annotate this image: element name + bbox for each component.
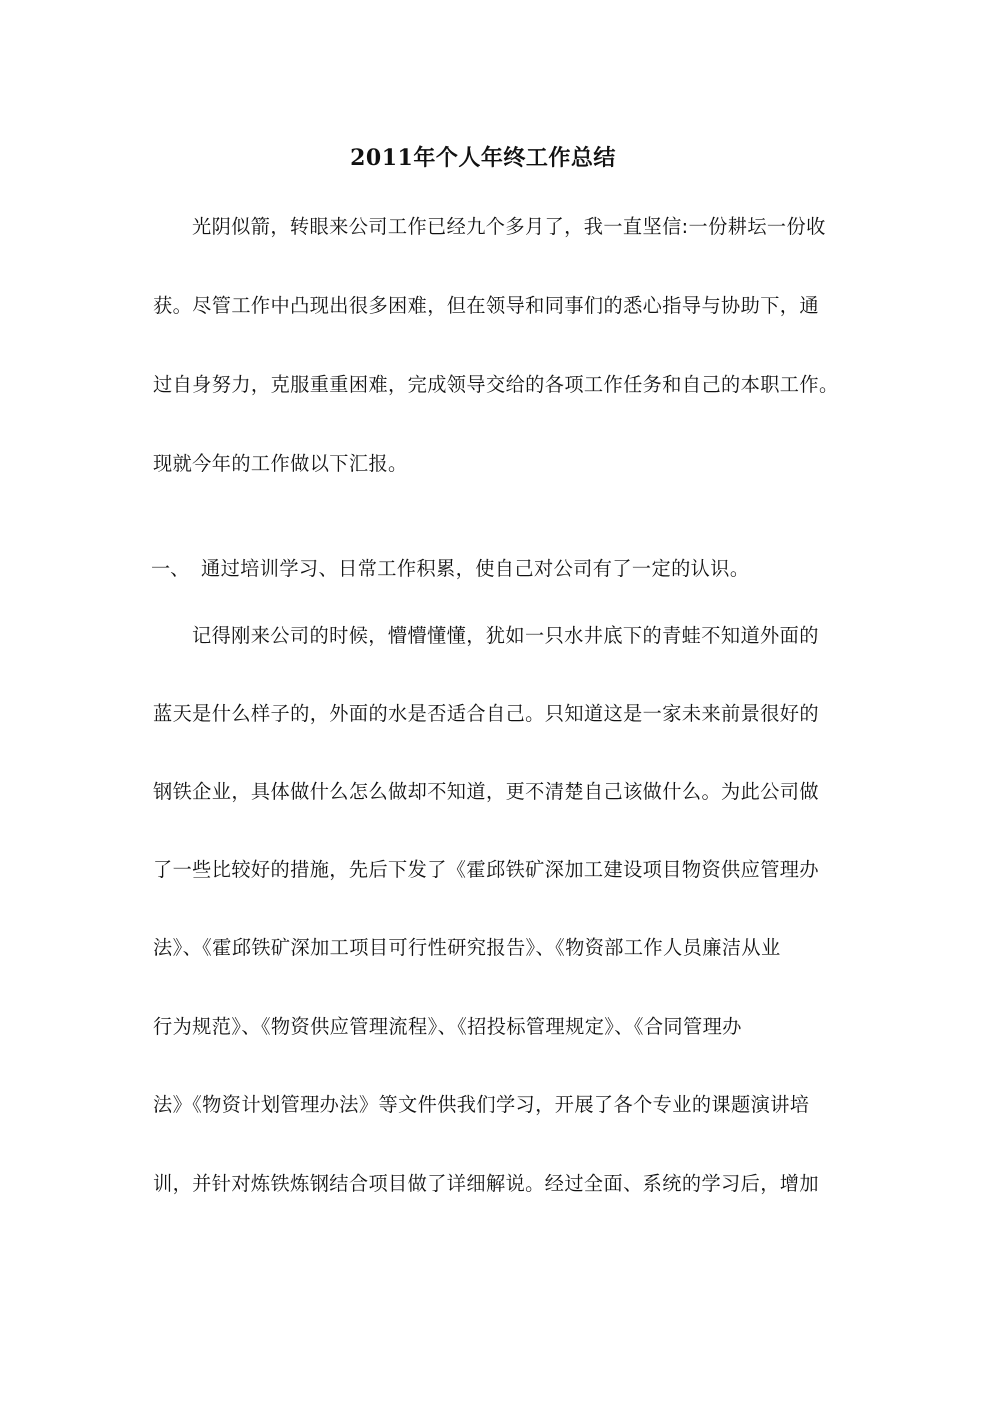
section-1-heading: 通过培训学习、日常工作积累，使自己对公司有了一定的认识。: [201, 556, 749, 582]
section-1-line-4: 了一些比较好的措施，先后下发了《霍邱铁矿深加工建设项目物资供应管理办: [153, 857, 819, 883]
intro-line-3: 过自身努力，克服重重困难，完成领导交给的各项工作任务和自己的本职工作。: [153, 372, 839, 398]
section-1-line-1: 记得刚来公司的时候，懵懵懂懂，犹如一只水井底下的青蛙不知道外面的: [192, 623, 819, 649]
section-1-line-7: 法》《物资计划管理办法》等文件供我们学习，开展了各个专业的课题演讲培: [153, 1092, 809, 1118]
intro-line-1: 光阴似箭，转眼来公司工作已经九个多月了，我一直坚信:一份耕坛一份收: [192, 214, 826, 240]
intro-line-4: 现就今年的工作做以下汇报。: [153, 451, 408, 477]
document-title: 2011年个人年终工作总结: [0, 143, 966, 173]
section-1-line-5: 法》、《霍邱铁矿深加工项目可行性研究报告》、《物资部工作人员廉洁从业: [153, 935, 781, 961]
section-1-line-6: 行为规范》、《物资供应管理流程》、《招投标管理规定》、《合同管理办: [153, 1014, 742, 1040]
section-1-line-8: 训，并针对炼铁炼钢结合项目做了详细解说。经过全面、系统的学习后，增加: [153, 1171, 819, 1197]
intro-line-2: 获。尽管工作中凸现出很多困难，但在领导和同事们的悉心指导与协助下，通: [153, 293, 819, 319]
section-1-line-2: 蓝天是什么样子的，外面的水是否适合自己。只知道这是一家未来前景很好的: [153, 701, 819, 727]
document-page: 2011年个人年终工作总结 光阴似箭，转眼来公司工作已经九个多月了，我一直坚信:…: [0, 0, 1000, 1415]
section-1-number: 一、: [151, 556, 189, 582]
section-1-line-3: 钢铁企业，具体做什么怎么做却不知道，更不清楚自己该做什么。为此公司做: [153, 779, 819, 805]
